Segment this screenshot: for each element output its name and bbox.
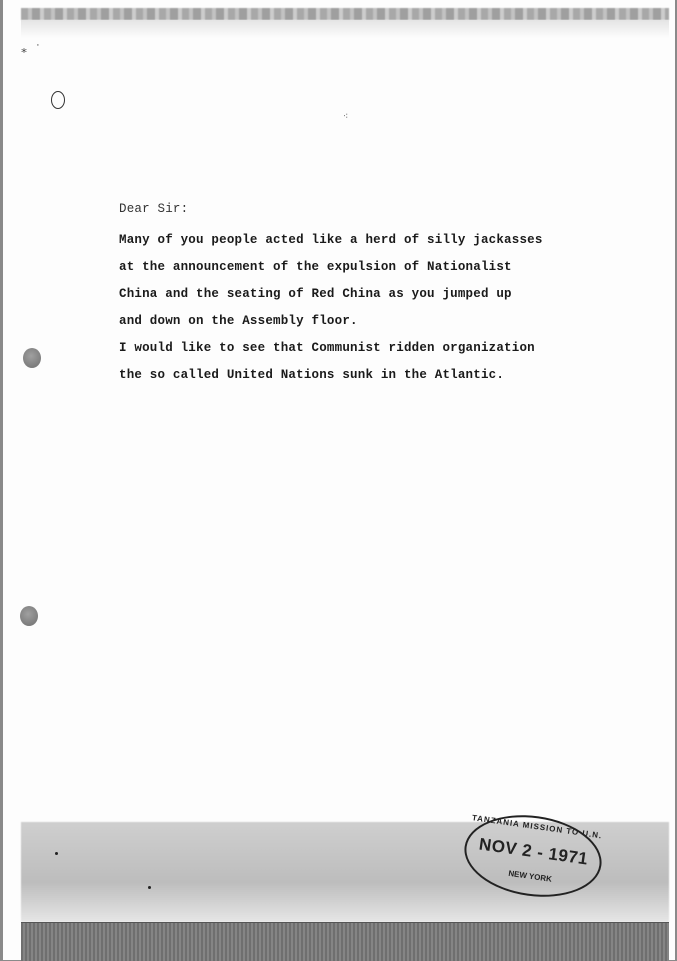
ink-speck: [148, 886, 151, 889]
scan-top-edge: [21, 8, 669, 20]
punch-hole-icon: [20, 606, 38, 626]
punch-hole-outline-icon: [51, 91, 65, 109]
scan-bottom-edge: [21, 922, 669, 960]
ink-speck: ⁖: [343, 112, 348, 122]
ink-smudge: ⁎ ˙: [21, 42, 41, 57]
letter-line: the so called United Nations sunk in the…: [119, 362, 589, 389]
letter-line: and down on the Assembly floor.: [119, 308, 589, 335]
scanned-page: ⁎ ˙ ⁖ Dear Sir: Many of you people acted…: [3, 0, 675, 960]
punch-hole-icon: [23, 348, 41, 368]
ink-speck: [55, 852, 58, 855]
letter-line: Many of you people acted like a herd of …: [119, 227, 589, 254]
letter-line: at the announcement of the expulsion of …: [119, 254, 589, 281]
letter-line: China and the seating of Red China as yo…: [119, 281, 589, 308]
letter-body: Dear Sir: Many of you people acted like …: [119, 202, 589, 389]
scan-top-shadow: [21, 20, 669, 38]
letter-line: I would like to see that Communist ridde…: [119, 335, 589, 362]
salutation: Dear Sir:: [119, 202, 589, 216]
